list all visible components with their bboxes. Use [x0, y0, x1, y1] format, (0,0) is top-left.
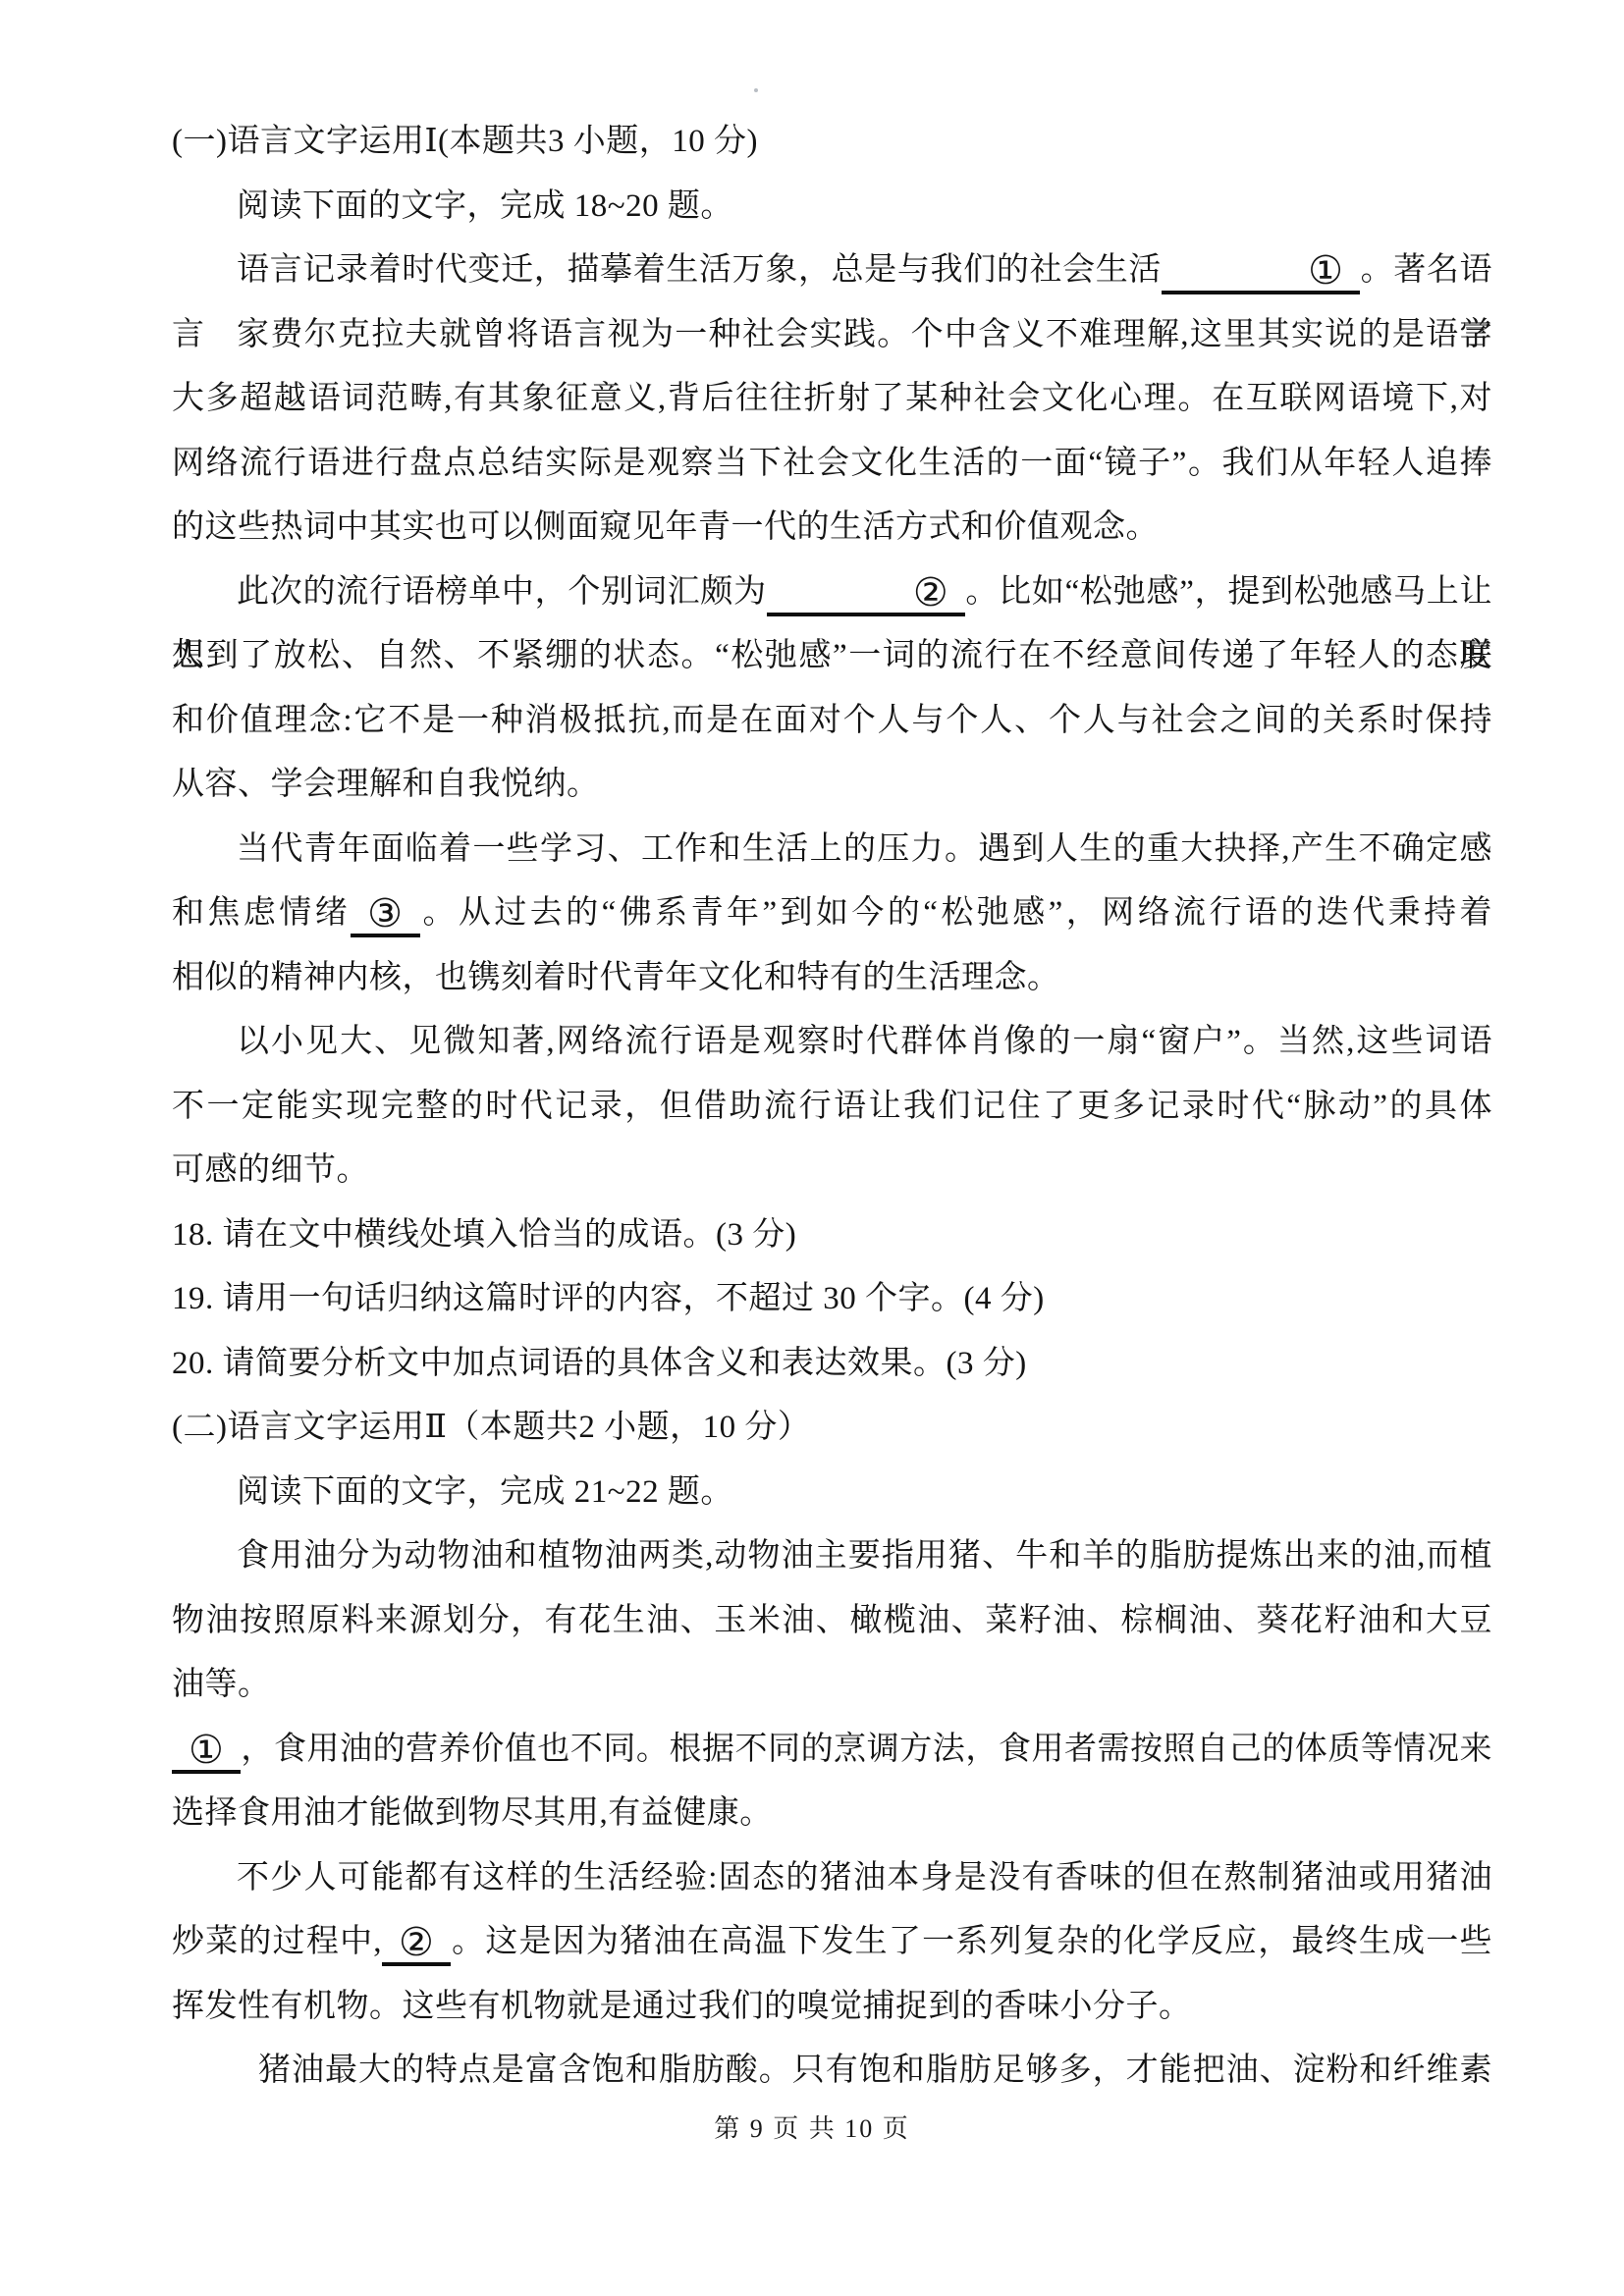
text-line: 18. 请在文中横线处填入恰当的成语。(3 分)	[172, 1203, 1492, 1268]
text-line: 猪油最大的特点是富含饱和脂肪酸。只有饱和脂肪足够多，才能把油、淀粉和纤维素	[172, 2039, 1492, 2104]
text-line: (一)语言文字运用Ⅰ(本题共3 小题，10 分)	[172, 110, 1492, 175]
text-line: ①，食用油的营养价值也不同。根据不同的烹调方法，食用者需按照自己的体质等情况来	[172, 1718, 1492, 1783]
text-line: 相似的精神内核，也镌刻着时代青年文化和特有的生活理念。	[172, 946, 1492, 1011]
text-line: 20. 请简要分析文中加点词语的具体含义和表达效果。(3 分)	[172, 1332, 1492, 1397]
answer-blank: ①	[1162, 251, 1360, 294]
page-footer: 第 9 页 共 10 页	[0, 2109, 1624, 2145]
exam-paper-page: (一)语言文字运用Ⅰ(本题共3 小题，10 分)阅读下面的文字，完成 18~20…	[0, 0, 1624, 2296]
text-line: 当代青年面临着一些学习、工作和生活上的压力。遇到人生的重大抉择,产生不确定感	[172, 818, 1492, 882]
text-line: 19. 请用一句话归纳这篇时评的内容，不超过 30 个字。(4 分)	[172, 1267, 1492, 1332]
text-line: 想到了放松、自然、不紧绷的状态。“松弛感”一词的流行在不经意间传递了年轻人的态度	[172, 624, 1492, 689]
text-line: 的这些热词中其实也可以侧面窥见年青一代的生活方式和价值观念。	[172, 496, 1492, 561]
text-line: 家费尔克拉夫就曾将语言视为一种社会实践。个中含义不难理解,这里其实说的是语言	[172, 303, 1492, 368]
text-line: 以小见大、见微知著,网络流行语是观察时代群体肖像的一扇“窗户”。当然,这些词语	[172, 1010, 1492, 1075]
circled-number: ①	[1243, 251, 1343, 291]
answer-blank: ②	[382, 1923, 451, 1966]
text-line: 炒菜的过程中,②。这是因为猪油在高温下发生了一系列复杂的化学反应，最终生成一些	[172, 1910, 1492, 1975]
text-line: (二)语言文字运用Ⅱ（本题共2 小题，10 分）	[172, 1396, 1492, 1461]
circled-number: ②	[848, 573, 948, 613]
text-line: 不少人可能都有这样的生活经验:固态的猪油本身是没有香味的但在熬制猪油或用猪油	[172, 1846, 1492, 1911]
answer-blank: ②	[767, 573, 965, 616]
text-line: 阅读下面的文字，完成 21~22 题。	[172, 1461, 1492, 1525]
text-line: 和焦虑情绪③。从过去的“佛系青年”到如今的“松弛感”，网络流行语的迭代秉持着	[172, 881, 1492, 946]
text-line: 阅读下面的文字，完成 18~20 题。	[172, 175, 1492, 240]
text-line: 挥发性有机物。这些有机物就是通过我们的嗅觉捕捉到的香味小分子。	[172, 1975, 1492, 2040]
text-line: 油等。	[172, 1653, 1492, 1718]
circled-number: ③	[367, 894, 403, 934]
document-body: (一)语言文字运用Ⅰ(本题共3 小题，10 分)阅读下面的文字，完成 18~20…	[172, 110, 1492, 2104]
text-line: 从容、学会理解和自我悦纳。	[172, 753, 1492, 818]
scan-artifact-dot	[754, 88, 758, 92]
text-line: 食用油分为动物油和植物油两类,动物油主要指用猪、牛和羊的脂肪提炼出来的油,而植	[172, 1524, 1492, 1589]
answer-blank: ③	[351, 894, 419, 937]
text-line: 选择食用油才能做到物尽其用,有益健康。	[172, 1782, 1492, 1846]
answer-blank: ①	[172, 1731, 241, 1774]
text-line: 可感的细节。	[172, 1139, 1492, 1203]
text-line: 大多超越语词范畴,有其象征意义,背后往往折射了某种社会文化心理。在互联网语境下,…	[172, 367, 1492, 432]
text-line: 网络流行语进行盘点总结实际是观察当下社会文化生活的一面“镜子”。我们从年轻人追捧	[172, 432, 1492, 497]
circled-number: ①	[189, 1731, 224, 1770]
text-line: 物油按照原料来源划分，有花生油、玉米油、橄榄油、菜籽油、棕榈油、葵花籽油和大豆	[172, 1589, 1492, 1654]
text-line: 语言记录着时代变迁，描摹着生活万象，总是与我们的社会生活①。著名语言学	[172, 239, 1492, 303]
text-line: 和价值理念:它不是一种消极抵抗,而是在面对个人与个人、个人与社会之间的关系时保持	[172, 689, 1492, 754]
text-line: 此次的流行语榜单中，个别词汇颇为②。比如“松弛感”，提到松弛感马上让人联	[172, 561, 1492, 625]
text-line: 不一定能实现完整的时代记录，但借助流行语让我们记住了更多记录时代“脉动”的具体	[172, 1075, 1492, 1140]
circled-number: ②	[399, 1923, 434, 1962]
